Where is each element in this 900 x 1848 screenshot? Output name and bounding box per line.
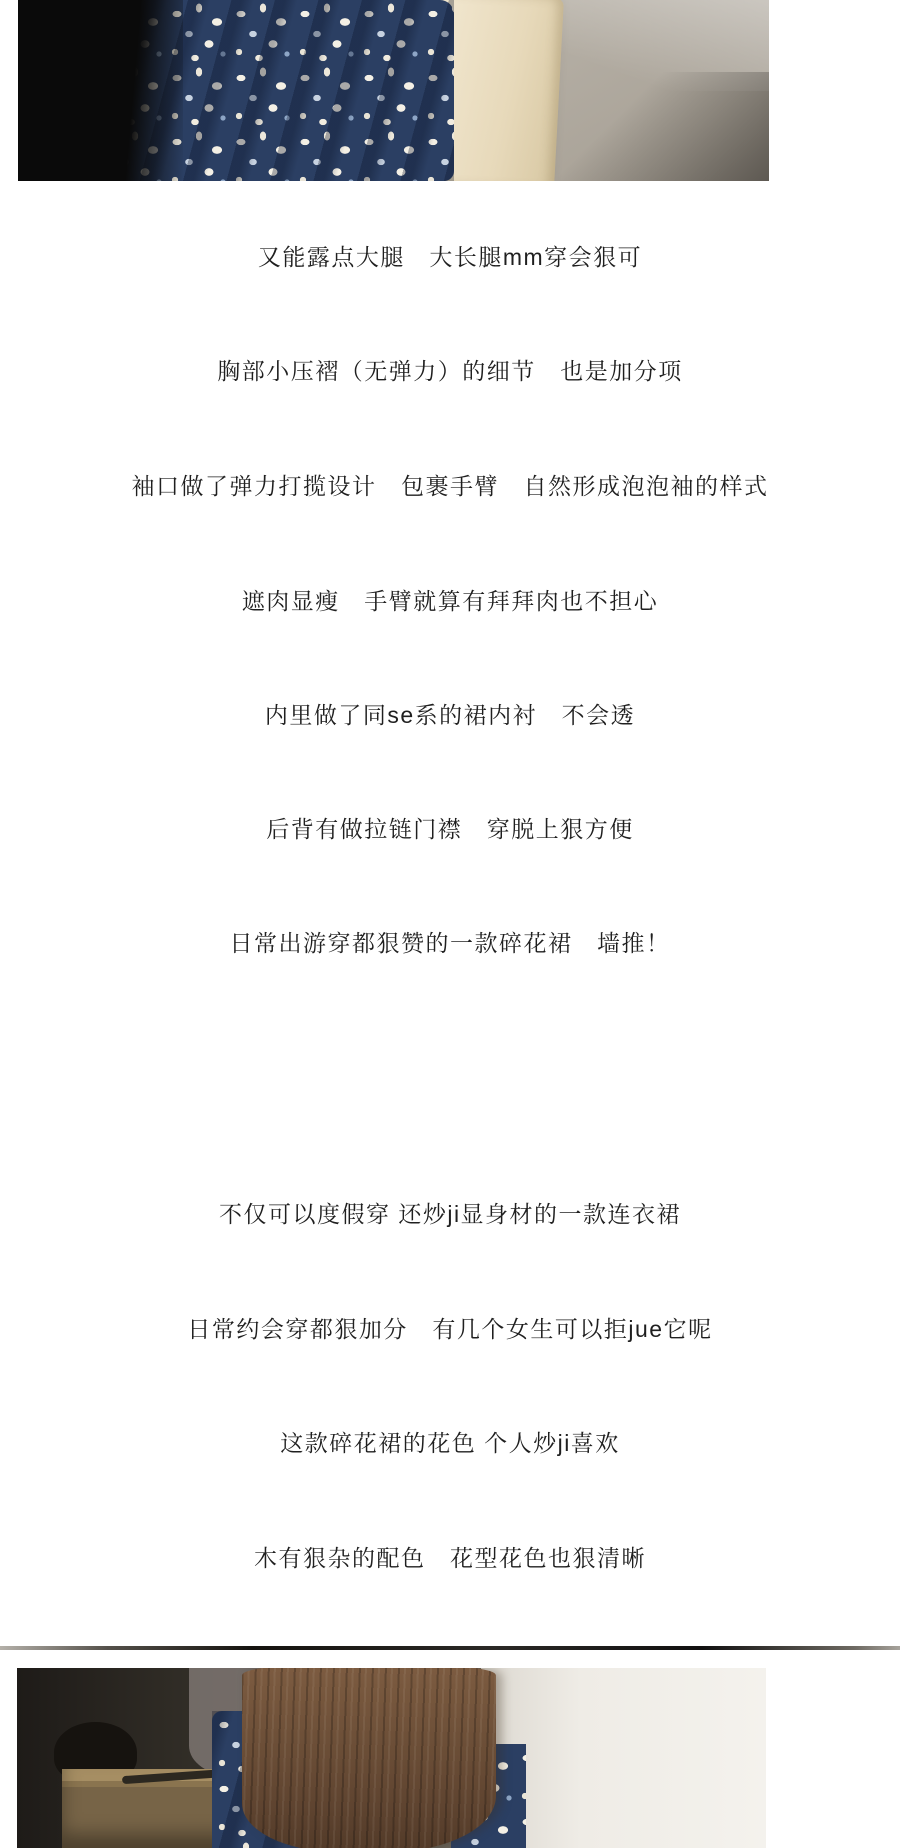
- description-line: 遮肉显瘦 手臂就算有拜拜肉也不担心: [0, 588, 900, 615]
- description-line: 后背有做拉链门襟 穿脱上狠方便: [0, 816, 900, 843]
- product-photo-dress-closeup: [18, 0, 769, 181]
- image-edge-divider: [0, 1646, 900, 1650]
- description-line: 内里做了同se系的裙内衬 不会透: [0, 702, 900, 729]
- description-line: 这款碎花裙的花色 个人炒ji喜欢: [0, 1430, 900, 1457]
- description-line: 日常约会穿都狠加分 有几个女生可以拒jue它呢: [0, 1316, 900, 1343]
- floor-shadow: [529, 72, 769, 181]
- description-line: 木有狠杂的配色 花型花色也狠清晰: [0, 1545, 900, 1572]
- description-line: 不仅可以度假穿 还炒ji显身材的一款连衣裙: [0, 1201, 900, 1228]
- description-line: 日常出游穿都狠赞的一款碎花裙 墙推！: [0, 930, 900, 957]
- product-photo-model-back: [17, 1668, 766, 1848]
- description-line: 胸部小压褶（无弹力）的细节 也是加分项: [0, 358, 900, 385]
- model-long-brown-hair: [242, 1668, 497, 1848]
- black-garment: [18, 0, 183, 181]
- description-line: 袖口做了弹力打揽设计 包裹手臂 自然形成泡泡袖的样式: [0, 473, 900, 500]
- hair-texture: [242, 1668, 497, 1848]
- description-line: 又能露点大腿 大长腿mm穿会狠可: [0, 244, 900, 271]
